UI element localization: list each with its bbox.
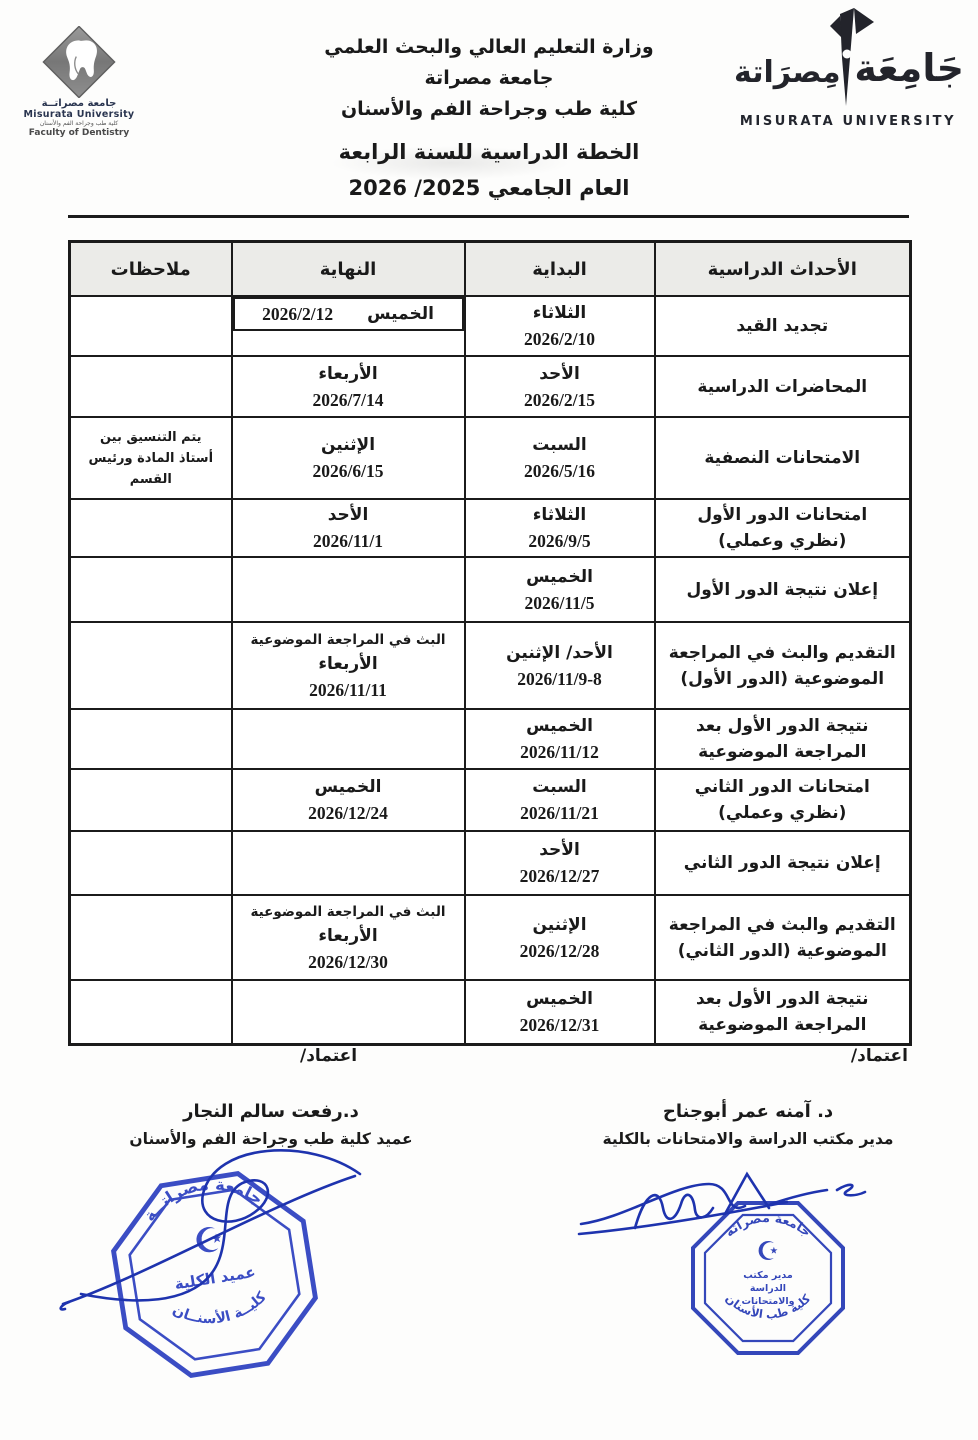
table-row: إعلان نتيجة الدور الثانيالأحد2026/12/27: [70, 831, 911, 895]
date-value: 2026/12/31: [470, 1012, 650, 1038]
day-name: الخميس: [367, 301, 434, 327]
schedule-table: الأحداث الدراسية البداية النهاية ملاحظات…: [68, 240, 912, 1046]
approval-label-left: اعتماد/: [300, 1046, 357, 1066]
cell-note: يتم التنسيق بين أستاذ المادة ورئيس القسم: [70, 417, 232, 499]
table-row: المحاضرات الدراسيةالأحد2026/2/15الأربعاء…: [70, 356, 911, 417]
event-name: امتحانات الدور الثاني: [660, 774, 906, 800]
event-name: نتيجة الدور الأول بعد: [660, 713, 906, 739]
cell-end: [232, 557, 465, 622]
cell-start: الخميس2026/11/12: [465, 709, 655, 769]
table-row: التقديم والبث في المراجعةالموضوعية (الدو…: [70, 622, 911, 709]
stamp-right-line1: مدير مكتب: [743, 1270, 793, 1281]
signer-right: د. آمنه عمر أبوجناح مدير مكتب الدراسة وا…: [578, 1098, 918, 1152]
day-name: الأربعاء: [237, 923, 460, 949]
faculty-line: كلية طب وجراحة الفم والأسنان: [259, 94, 719, 125]
event-name: الامتحانات النصفية: [660, 445, 906, 471]
event-name: الموضوعية (الدور الثاني): [660, 938, 906, 964]
event-name: إعلان نتيجة الدور الثاني: [660, 850, 906, 876]
date-value: 2026/12/30: [237, 949, 460, 975]
scanned-document: جامعة مصراتــة Misurata University كلية …: [0, 0, 978, 1440]
table-row: نتيجة الدور الأول بعدالمراجعة الموضوعيةا…: [70, 980, 911, 1044]
day-name: الخميس: [470, 564, 650, 590]
misurata-university-logo: جَامِعَة مِصرَاتة MISURATA UNIVERSITY: [732, 8, 964, 129]
event-name: التقديم والبث في المراجعة: [660, 640, 906, 666]
date-value: 2026/11/9-8: [470, 666, 650, 692]
cell-start: الثلاثاء2026/2/10: [465, 296, 655, 356]
event-name: الموضوعية (الدور الأول): [660, 666, 906, 692]
col-header-end: النهاية: [232, 242, 465, 297]
plan-title: الخطة الدراسية للسنة الرابعة: [259, 137, 719, 167]
event-name: امتحانات الدور الأول: [660, 502, 906, 528]
faculty-dentistry-logo: جامعة مصراتــة Misurata University كلية …: [16, 26, 142, 139]
day-name: الأربعاء: [237, 651, 460, 677]
dent-logo-sub-english: Faculty of Dentistry: [16, 128, 142, 139]
cell-start: الإثنين2026/12/28: [465, 895, 655, 980]
event-name: التقديم والبث في المراجعة: [660, 912, 906, 938]
cell-event: تجديد القيد: [655, 296, 911, 356]
table-row: الامتحانات النصفيةالسبت2026/5/16الإثنين2…: [70, 417, 911, 499]
ministry-line: وزارة التعليم العالي والبحث العلمي: [259, 32, 719, 63]
date-value: 2026/2/12: [262, 301, 333, 327]
header-divider: [68, 215, 909, 218]
date-value: 2026/11/5: [470, 590, 650, 616]
date-value: 2026/11/1: [237, 528, 460, 554]
day-name: الثلاثاء: [470, 300, 650, 326]
cell-event: التقديم والبث في المراجعةالموضوعية (الدو…: [655, 622, 911, 709]
cell-event: نتيجة الدور الأول بعدالمراجعة الموضوعية: [655, 709, 911, 769]
event-name: المحاضرات الدراسية: [660, 374, 906, 400]
cell-end: [232, 709, 465, 769]
event-name: (نظري وعملي): [660, 528, 906, 554]
event-name: تجديد القيد: [660, 313, 906, 339]
cell-start: الأحد2026/2/15: [465, 356, 655, 417]
cell-end: الخميس2026/2/12: [233, 297, 464, 331]
day-name: الأحد: [470, 837, 650, 863]
day-name: الخميس: [470, 986, 650, 1012]
event-name: إعلان نتيجة الدور الأول: [660, 577, 906, 603]
letterhead: وزارة التعليم العالي والبحث العلمي جامعة…: [259, 32, 719, 203]
day-name: الخميس: [470, 713, 650, 739]
university-line: جامعة مصراتة: [259, 63, 719, 94]
day-name: السبت: [470, 432, 650, 458]
stamp-right-line2: الدراسة: [750, 1283, 786, 1294]
signer-right-role: مدير مكتب الدراسة والامتحانات بالكلية: [578, 1126, 918, 1152]
col-header-events: الأحداث الدراسية: [655, 242, 911, 297]
cell-event: الامتحانات النصفية: [655, 417, 911, 499]
cell-event: المحاضرات الدراسية: [655, 356, 911, 417]
end-detail-text: البث في المراجعة الموضوعية: [237, 629, 460, 651]
table-row: نتيجة الدور الأول بعدالمراجعة الموضوعيةا…: [70, 709, 911, 769]
signature-left: [55, 1132, 395, 1337]
day-name: الإثنين: [237, 432, 460, 458]
cell-end: الإثنين2026/6/15: [232, 417, 465, 499]
cell-end: البث في المراجعة الموضوعيةالأربعاء2026/1…: [232, 622, 465, 709]
schedule-table-body: تجديد القيدالثلاثاء2026/2/10الخميس2026/2…: [70, 296, 911, 1044]
cell-end: الخميس2026/12/24: [232, 769, 465, 831]
event-name: المراجعة الموضوعية: [660, 1012, 906, 1038]
end-detail-text: البث في المراجعة الموضوعية: [237, 901, 460, 923]
dent-logo-english: Misurata University: [16, 109, 142, 120]
cell-note: [70, 557, 232, 622]
note-text: يتم التنسيق بين أستاذ المادة ورئيس القسم: [75, 427, 227, 490]
date-value: 2026/11/12: [470, 739, 650, 765]
day-name: الإثنين: [470, 912, 650, 938]
date-value: 2026/12/28: [470, 938, 650, 964]
cell-event: التقديم والبث في المراجعةالموضوعية (الدو…: [655, 895, 911, 980]
cell-note: [70, 296, 232, 356]
uni-logo-arabic-word2: مِصرَاتة: [734, 56, 841, 90]
approval-label-right: اعتماد/: [851, 1046, 908, 1066]
day-name: الأحد: [470, 361, 650, 387]
table-row: امتحانات الدور الثاني(نظري وعملي)السبت20…: [70, 769, 911, 831]
signer-left-name: د.رفعت سالم النجار: [96, 1098, 446, 1126]
cell-start: السبت2026/11/21: [465, 769, 655, 831]
cell-note: [70, 980, 232, 1044]
day-name: الأربعاء: [237, 361, 460, 387]
date-value: 2026/2/10: [470, 326, 650, 352]
table-row: تجديد القيدالثلاثاء2026/2/10الخميس2026/2…: [70, 296, 911, 356]
cell-start: الأحد2026/12/27: [465, 831, 655, 895]
signature-right: [575, 1162, 875, 1257]
cell-start: الخميس2026/12/31: [465, 980, 655, 1044]
cell-note: [70, 356, 232, 417]
cell-event: إعلان نتيجة الدور الأول: [655, 557, 911, 622]
day-name: الأحد: [237, 502, 460, 528]
cell-note: [70, 709, 232, 769]
event-name: (نظري وعملي): [660, 800, 906, 826]
date-value: 2026/12/24: [237, 800, 460, 826]
col-header-notes: ملاحظات: [70, 242, 232, 297]
signer-right-name: د. آمنه عمر أبوجناح: [578, 1098, 918, 1126]
table-row: إعلان نتيجة الدور الأولالخميس2026/11/5: [70, 557, 911, 622]
date-value: 2026/2/15: [470, 387, 650, 413]
date-value: 2026/6/15: [237, 458, 460, 484]
academic-year: العام الجامعي 2025/ 2026: [259, 173, 719, 203]
cell-start: السبت2026/5/16: [465, 417, 655, 499]
day-name: الخميس: [237, 774, 460, 800]
cell-start: الأحد/ الإثنين2026/11/9-8: [465, 622, 655, 709]
cell-start: الثلاثاء2026/9/5: [465, 499, 655, 557]
day-name: الأحد/ الإثنين: [470, 640, 650, 666]
date-value: 2026/7/14: [237, 387, 460, 413]
uni-logo-english: MISURATA UNIVERSITY: [732, 114, 964, 129]
cell-end: [232, 980, 465, 1044]
tooth-diamond-icon: [33, 26, 125, 98]
date-value: 2026/11/11: [237, 677, 460, 703]
date-value: 2026/11/21: [470, 800, 650, 826]
cell-note: [70, 769, 232, 831]
cell-end: [232, 831, 465, 895]
cell-note: [70, 499, 232, 557]
col-header-start: البداية: [465, 242, 655, 297]
cell-end: البث في المراجعة الموضوعيةالأربعاء2026/1…: [232, 895, 465, 980]
cell-event: امتحانات الدور الثاني(نظري وعملي): [655, 769, 911, 831]
dent-logo-arabic: جامعة مصراتــة: [16, 98, 142, 109]
date-value: 2026/5/16: [470, 458, 650, 484]
cell-note: [70, 895, 232, 980]
table-row: امتحانات الدور الأول(نظري وعملي)الثلاثاء…: [70, 499, 911, 557]
cell-end: الأربعاء2026/7/14: [232, 356, 465, 417]
cell-note: [70, 831, 232, 895]
table-row: التقديم والبث في المراجعةالموضوعية (الدو…: [70, 895, 911, 980]
cell-start: الخميس2026/11/5: [465, 557, 655, 622]
cell-event: امتحانات الدور الأول(نظري وعملي): [655, 499, 911, 557]
date-value: 2026/12/27: [470, 863, 650, 889]
cell-event: نتيجة الدور الأول بعدالمراجعة الموضوعية: [655, 980, 911, 1044]
day-name: السبت: [470, 774, 650, 800]
day-name: الثلاثاء: [470, 502, 650, 528]
cell-event: إعلان نتيجة الدور الثاني: [655, 831, 911, 895]
cell-note: [70, 622, 232, 709]
event-name: نتيجة الدور الأول بعد: [660, 986, 906, 1012]
table-header-row: الأحداث الدراسية البداية النهاية ملاحظات: [70, 242, 911, 297]
date-value: 2026/9/5: [470, 528, 650, 554]
event-name: المراجعة الموضوعية: [660, 739, 906, 765]
dent-logo-sub-arabic: كلية طب وجراحة الفم والأسنان: [16, 120, 142, 128]
cell-end: الأحد2026/11/1: [232, 499, 465, 557]
